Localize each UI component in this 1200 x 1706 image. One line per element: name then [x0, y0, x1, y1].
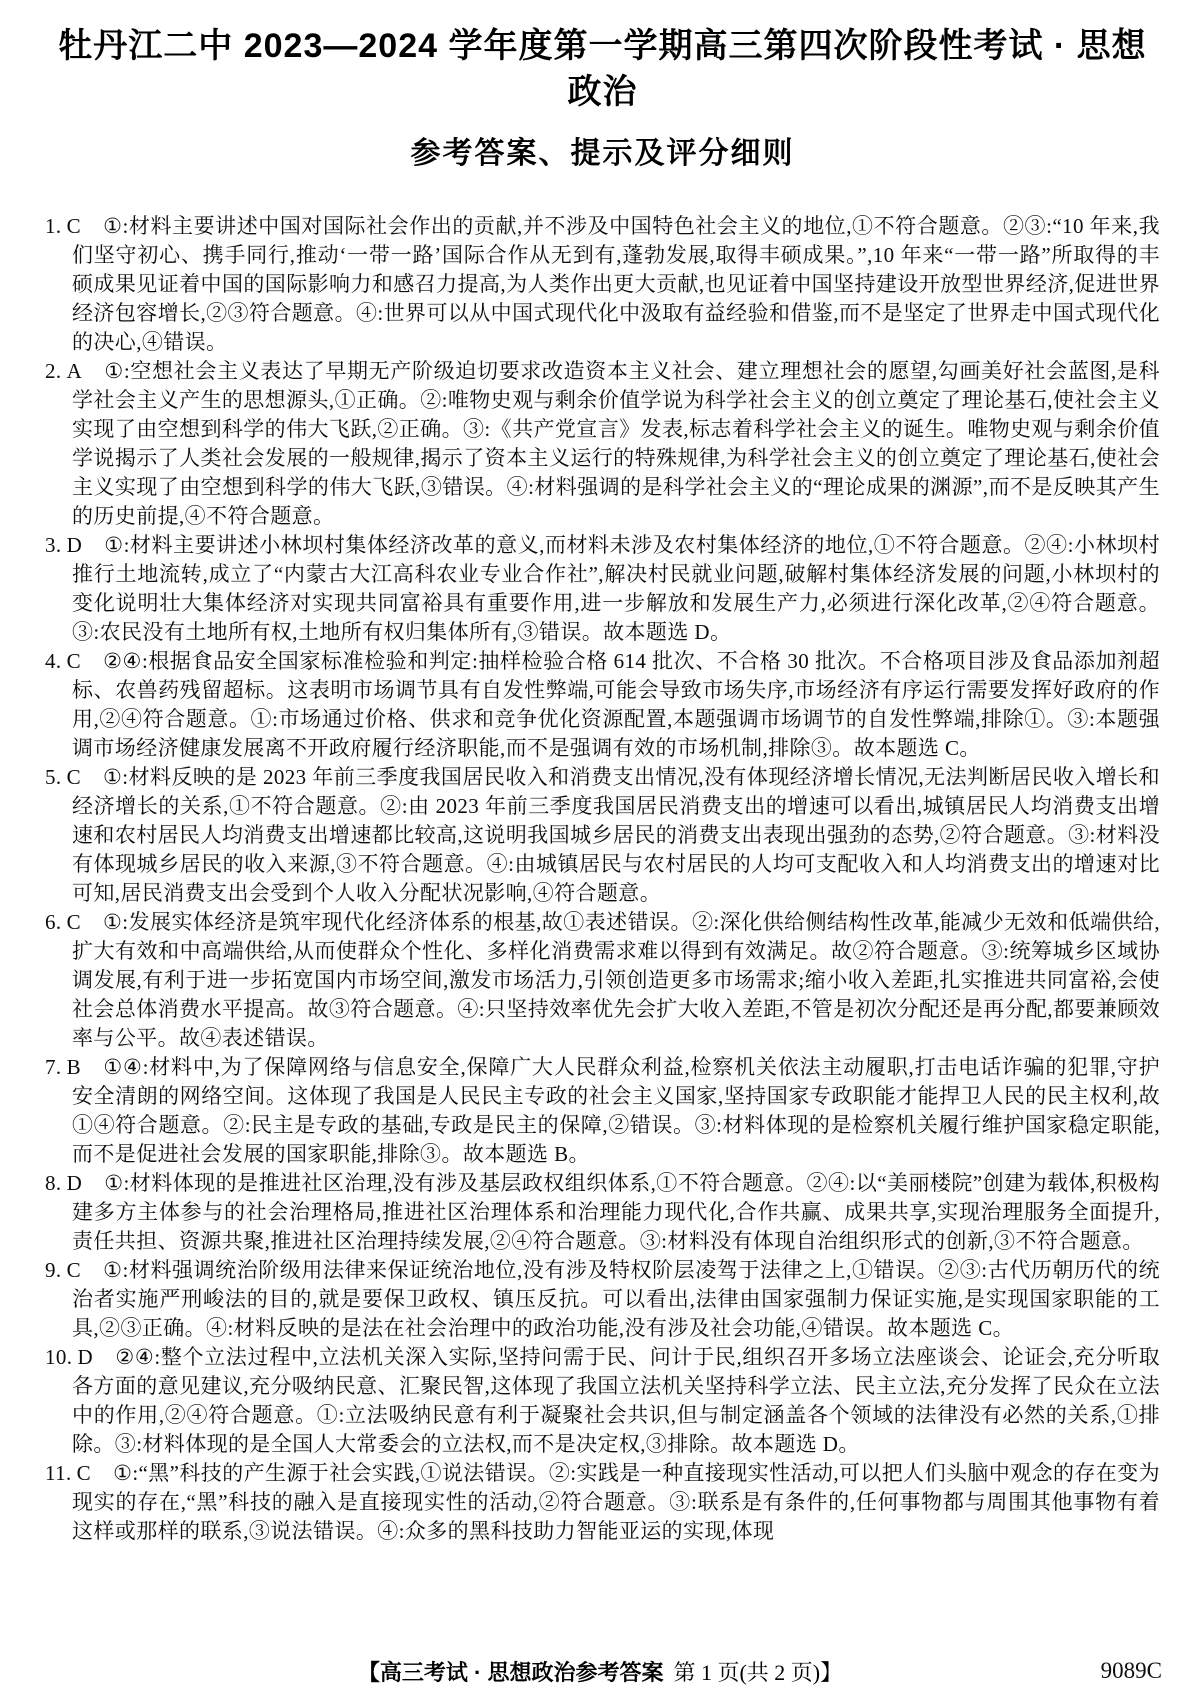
- answer-explanation: ①:材料主要讲述中国对国际社会作出的贡献,并不涉及中国特色社会主义的地位,①不符…: [72, 214, 1160, 354]
- document-header: 牡丹江二中 2023—2024 学年度第一学期高三第四次阶段性考试 · 思想政治…: [45, 24, 1160, 172]
- answer-explanation: ①④:材料中,为了保障网络与信息安全,保障广大人民群众利益,检察机关依法主动履职…: [72, 1055, 1160, 1166]
- question-number: 2.: [45, 359, 62, 383]
- answer-letter: C: [77, 1461, 91, 1485]
- answer-item-11: 11.C①:“黑”科技的产生源于社会实践,①说法错误。②:实践是一种直接现实性活…: [45, 1459, 1160, 1546]
- footer-caption: 【高三考试 · 思想政治参考答案第 1 页(共 2 页)】: [0, 1656, 1200, 1687]
- answer-letter: C: [67, 214, 81, 238]
- answer-item-8: 8.D①:材料体现的是推进社区治理,没有涉及基层政权组织体系,①不符合题意。②④…: [45, 1169, 1160, 1256]
- question-number: 6.: [45, 910, 62, 934]
- question-number: 10.: [45, 1345, 72, 1369]
- answer-letter: C: [67, 910, 81, 934]
- answer-letter: D: [67, 533, 83, 557]
- answer-explanation: ①:材料主要讲述小林坝村集体经济改革的意义,而材料未涉及农村集体经济的地位,①不…: [72, 533, 1160, 644]
- question-number: 8.: [45, 1171, 62, 1195]
- answer-item-3: 3.D①:材料主要讲述小林坝村集体经济改革的意义,而材料未涉及农村集体经济的地位…: [45, 531, 1160, 647]
- answer-item-9: 9.C①:材料强调统治阶级用法律来保证统治地位,没有涉及特权阶层凌驾于法律之上,…: [45, 1256, 1160, 1343]
- footer-paper-code: 9089C: [1101, 1658, 1162, 1684]
- answer-letter: C: [67, 649, 81, 673]
- answer-item-4: 4.C②④:根据食品安全国家标准检验和判定:抽样检验合格 614 批次、不合格 …: [45, 647, 1160, 763]
- question-number: 1.: [45, 214, 62, 238]
- question-number: 4.: [45, 649, 62, 673]
- answer-explanation: ①:材料强调统治阶级用法律来保证统治地位,没有涉及特权阶层凌驾于法律之上,①错误…: [72, 1258, 1160, 1340]
- answer-item-7: 7.B①④:材料中,为了保障网络与信息安全,保障广大人民群众利益,检察机关依法主…: [45, 1053, 1160, 1169]
- answer-letter: D: [67, 1171, 83, 1195]
- answer-letter: D: [77, 1345, 93, 1369]
- page-footer: 【高三考试 · 思想政治参考答案第 1 页(共 2 页)】 9089C: [0, 1656, 1200, 1690]
- answer-explanation: ①:材料体现的是推进社区治理,没有涉及基层政权组织体系,①不符合题意。②④:以“…: [72, 1171, 1160, 1253]
- question-number: 3.: [45, 533, 62, 557]
- footer-page-label: 第 1 页(共 2 页)】: [673, 1660, 842, 1685]
- page-title: 牡丹江二中 2023—2024 学年度第一学期高三第四次阶段性考试 · 思想政治: [45, 24, 1160, 116]
- answer-explanation: ①:“黑”科技的产生源于社会实践,①说法错误。②:实践是一种直接现实性活动,可以…: [72, 1461, 1160, 1543]
- page-subtitle: 参考答案、提示及评分细则: [45, 128, 1160, 172]
- question-number: 5.: [45, 765, 62, 789]
- answer-letter: C: [67, 1258, 81, 1282]
- answer-explanation: ①:空想社会主义表达了早期无产阶级迫切要求改造资本主义社会、建立理想社会的愿望,…: [72, 359, 1160, 528]
- answer-sheet-page: 牡丹江二中 2023—2024 学年度第一学期高三第四次阶段性考试 · 思想政治…: [0, 0, 1200, 1706]
- answer-explanation: ①:材料反映的是 2023 年前三季度我国居民收入和消费支出情况,没有体现经济增…: [72, 765, 1160, 905]
- answer-letter: B: [67, 1055, 81, 1079]
- answer-item-5: 5.C①:材料反映的是 2023 年前三季度我国居民收入和消费支出情况,没有体现…: [45, 763, 1160, 908]
- answer-list: 1.C①:材料主要讲述中国对国际社会作出的贡献,并不涉及中国特色社会主义的地位,…: [45, 212, 1160, 1546]
- answer-letter: C: [67, 765, 81, 789]
- answer-explanation: ②④:整个立法过程中,立法机关深入实际,坚持问需于民、问计于民,组织召开多场立法…: [72, 1345, 1160, 1456]
- answer-explanation: ①:发展实体经济是筑牢现代化经济体系的根基,故①表述错误。②:深化供给侧结构性改…: [72, 910, 1160, 1050]
- question-number: 9.: [45, 1258, 62, 1282]
- answer-letter: A: [67, 359, 83, 383]
- question-number: 7.: [45, 1055, 62, 1079]
- question-number: 11.: [45, 1461, 72, 1485]
- answer-item-10: 10.D②④:整个立法过程中,立法机关深入实际,坚持问需于民、问计于民,组织召开…: [45, 1343, 1160, 1459]
- answer-item-1: 1.C①:材料主要讲述中国对国际社会作出的贡献,并不涉及中国特色社会主义的地位,…: [45, 212, 1160, 357]
- footer-exam-label: 【高三考试 · 思想政治参考答案: [358, 1660, 664, 1685]
- answer-explanation: ②④:根据食品安全国家标准检验和判定:抽样检验合格 614 批次、不合格 30 …: [72, 649, 1160, 760]
- answer-item-6: 6.C①:发展实体经济是筑牢现代化经济体系的根基,故①表述错误。②:深化供给侧结…: [45, 908, 1160, 1053]
- answer-item-2: 2.A①:空想社会主义表达了早期无产阶级迫切要求改造资本主义社会、建立理想社会的…: [45, 357, 1160, 531]
